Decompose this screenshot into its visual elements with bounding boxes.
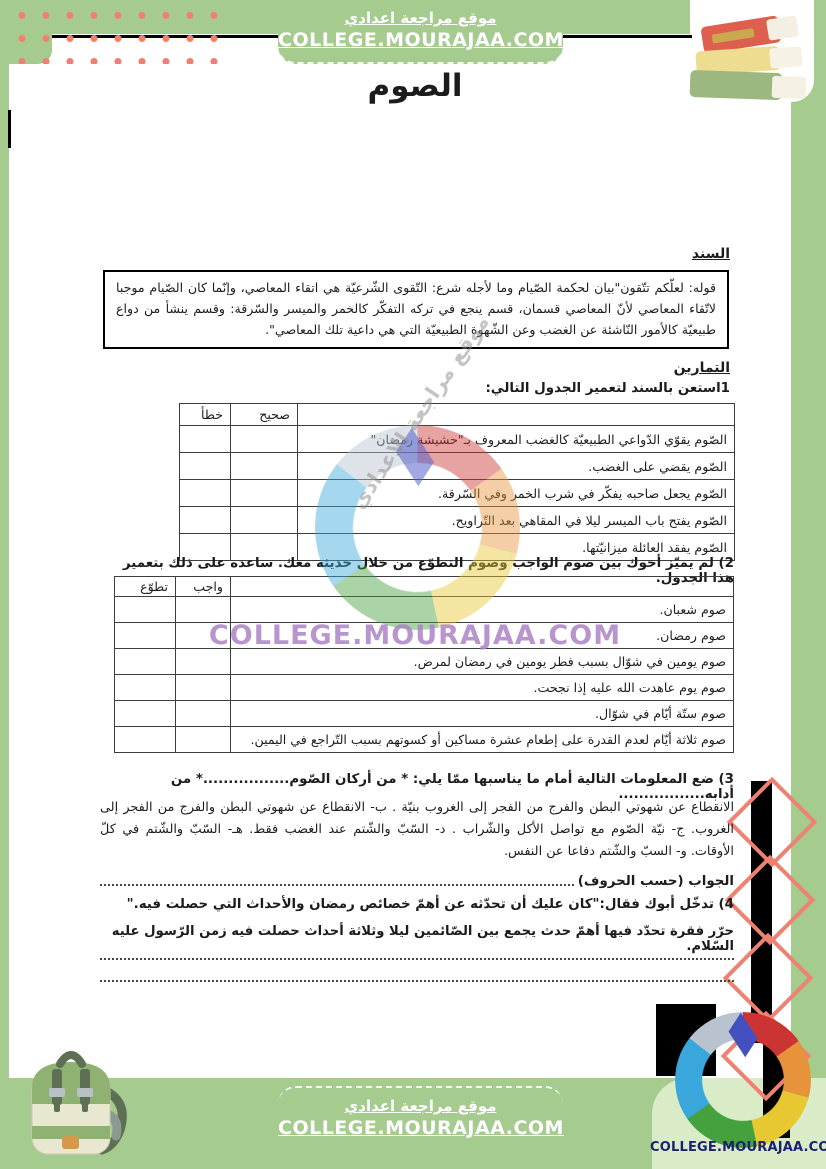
q1-table: صحيح خطأ الصّوم يقوّي الدّواعي الطبيعيّة… <box>179 403 735 561</box>
statement-cell: صوم رمضان. <box>231 623 734 649</box>
table-row: صوم يوم عاهدت الله عليه إذا نجحت. <box>115 675 734 701</box>
bottom-banner: موقع مراجعة اعدادي COLLEGE.MOURAJAA.COM <box>278 1086 563 1150</box>
red-dots-pattern <box>4 0 220 64</box>
backpack-icon <box>8 1042 136 1169</box>
statement-cell: الصّوم يقضي على الغضب. <box>298 453 735 480</box>
statement-cell: الصّوم يجعل صاحبه يفكّر في شرب الخمر وفي… <box>298 480 735 507</box>
answer-cell <box>115 701 176 727</box>
site-name-link[interactable]: موقع مراجعة اعدادي <box>278 1097 563 1115</box>
answer-dotted-line <box>100 974 734 982</box>
table-header-row: واجب تطوّع <box>115 577 734 597</box>
table-row: الصّوم يجعل صاحبه يفكّر في شرب الخمر وفي… <box>180 480 735 507</box>
statement-cell: صوم شعبان. <box>231 597 734 623</box>
table-row: صوم شعبان. <box>115 597 734 623</box>
statement-cell: الصّوم يقوّي الدّواعي الطبيعيّة كالغضب ا… <box>298 426 735 453</box>
q3-options: الانقطاع عن شهوتي البطن والفرج من الفجر … <box>100 797 734 862</box>
exercises-header: التمارين <box>620 360 730 376</box>
answer-cell <box>231 480 298 507</box>
col-wajib-header: واجب <box>176 577 231 597</box>
col-wrong-header: خطأ <box>180 404 231 426</box>
books-stack-illustration <box>688 6 814 106</box>
answer-cell <box>180 426 231 453</box>
site-url-link[interactable]: COLLEGE.MOURAJAA.COM <box>278 29 563 51</box>
answer-cell <box>176 623 231 649</box>
answer-cell <box>176 675 231 701</box>
answer-cell <box>115 623 176 649</box>
answer-cell <box>176 597 231 623</box>
table-row: صوم يومين في شوّال بسبب فطر يومين في رمض… <box>115 649 734 675</box>
sanad-header: السند <box>620 246 730 262</box>
answer-cell <box>180 480 231 507</box>
statement-cell: الصّوم يفتح باب الميسر ليلا في المقاهي ب… <box>298 507 735 534</box>
site-url-link[interactable]: COLLEGE.MOURAJAA.COM <box>278 1117 563 1139</box>
table-row: صوم ثلاثة أيّام لعدم القدرة على إطعام عش… <box>115 727 734 753</box>
top-banner: موقع مراجعة اعدادي COLLEGE.MOURAJAA.COM <box>278 0 563 64</box>
answer-cell <box>180 453 231 480</box>
table-row: الصّوم يفتح باب الميسر ليلا في المقاهي ب… <box>180 507 735 534</box>
q4-instruction: حرّر فقرة تحدّد فيها أهمّ حدث يجمع بين ا… <box>100 924 734 954</box>
answer-cell <box>231 453 298 480</box>
col-correct-header: صحيح <box>231 404 298 426</box>
answer-cell <box>115 675 176 701</box>
frame-left-bar <box>0 0 9 1169</box>
table-row: صوم ستّة أيّام في شوّال. <box>115 701 734 727</box>
statement-cell: صوم ثلاثة أيّام لعدم القدرة على إطعام عش… <box>231 727 734 753</box>
doc-title: الصوم <box>100 68 730 104</box>
site-name-link[interactable]: موقع مراجعة اعدادي <box>278 9 563 27</box>
answer-cell <box>115 597 176 623</box>
answer-cell <box>180 507 231 534</box>
logo-caption[interactable]: COLLEGE.MOURAJAA.COM <box>650 1140 826 1155</box>
table-row: الصّوم يقضي على الغضب. <box>180 453 735 480</box>
statement-cell: صوم يوم عاهدت الله عليه إذا نجحت. <box>231 675 734 701</box>
answer-cell <box>115 727 176 753</box>
answer-cell <box>176 727 231 753</box>
page-frame: موقع مراجعة اعدادي COLLEGE.MOURAJAA.COM … <box>0 0 826 1169</box>
col-tatawwu-header: تطوّع <box>115 577 176 597</box>
table-row: الصّوم يقوّي الدّواعي الطبيعيّة كالغضب ا… <box>180 426 735 453</box>
dotted-filler <box>100 883 574 886</box>
table-header-row: صحيح خطأ <box>180 404 735 426</box>
scan-edge-left <box>8 110 11 148</box>
q2-table: واجب تطوّع صوم شعبان. صوم رمضان. صوم يوم… <box>114 576 734 753</box>
answer-cell <box>176 649 231 675</box>
answer-letters-line: الجواب (حسب الحروف) <box>100 874 734 889</box>
statement-cell: صوم ستّة أيّام في شوّال. <box>231 701 734 727</box>
answer-cell <box>176 701 231 727</box>
answer-cell <box>231 426 298 453</box>
table-row: صوم رمضان. <box>115 623 734 649</box>
answer-cell <box>231 507 298 534</box>
q1-label: 1استعن بالسند لتعمير الجدول التالي: <box>300 381 730 396</box>
statement-header-cell <box>231 577 734 597</box>
statement-header-cell <box>298 404 735 426</box>
statement-cell: صوم يومين في شوّال بسبب فطر يومين في رمض… <box>231 649 734 675</box>
books-icon <box>688 6 814 102</box>
sanad-box: قوله: لعلّكم تتّقون"بيان لحكمة الصّيام و… <box>103 270 729 349</box>
answer-cell <box>115 649 176 675</box>
answer-label: الجواب (حسب الحروف) <box>578 874 734 889</box>
backpack-illustration <box>8 1042 136 1169</box>
answer-dotted-line <box>100 952 734 960</box>
q4-label: 4) تدخّل أبوك فقال:"كان عليك أن تحدّثه ع… <box>100 897 734 912</box>
